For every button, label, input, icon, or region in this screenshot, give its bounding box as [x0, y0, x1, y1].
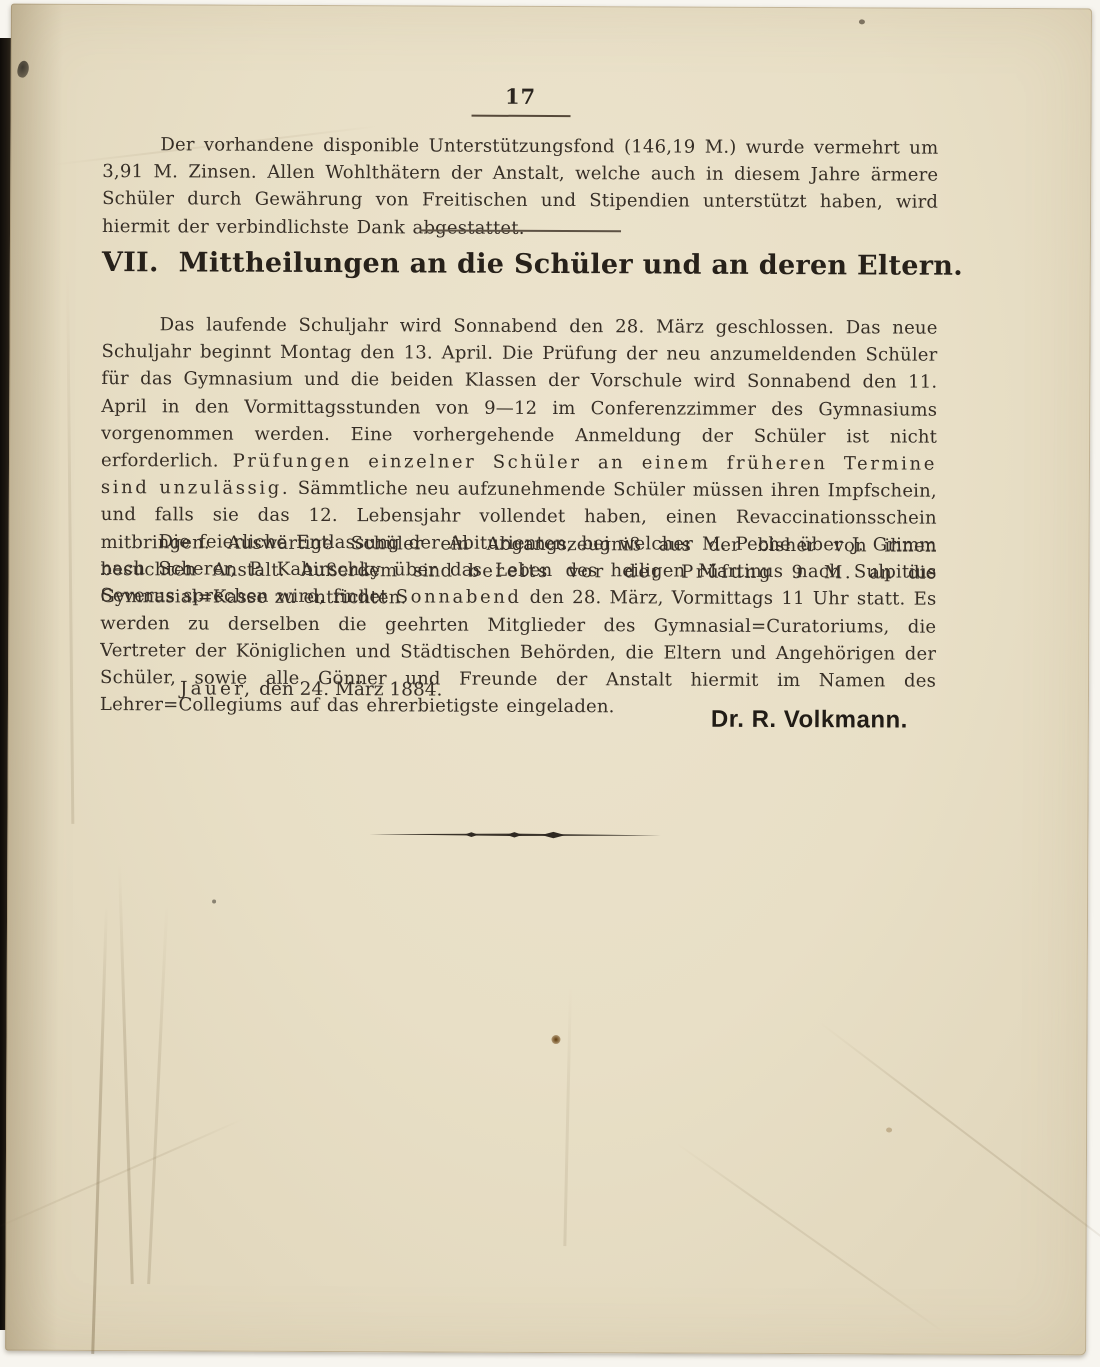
page-number-block: 17 [103, 82, 939, 111]
page-number-rule [472, 115, 571, 117]
section-heading: VII.Mittheilungen an die Schüler und an … [102, 247, 938, 282]
paper-crease [66, 264, 74, 824]
signature: Dr. R. Volkmann. [711, 706, 908, 735]
text-column: 17 Der vorhandene disponible Unterstützu… [97, 4, 939, 1355]
ornament-diamond [541, 832, 565, 839]
graduation-emphasis: Sonnabend [396, 587, 522, 609]
binding-shadow [5, 4, 63, 1351]
divider-ornament [369, 825, 661, 844]
page-number: 17 [505, 84, 536, 109]
admission-text: Das laufende Schuljahr wird Sonnabend de… [101, 314, 938, 471]
dateline-date: den 24. März 1884. [253, 679, 442, 701]
intro-text: Der vorhandene disponible Unterstützungs… [102, 134, 938, 238]
section-title: Mittheilungen an die Schüler und an dere… [179, 247, 963, 281]
paper-sheet: 17 Der vorhandene disponible Unterstützu… [5, 4, 1092, 1356]
ornament-diamond [464, 832, 478, 837]
ornament-diamond [506, 832, 522, 837]
section-number: VII. [102, 247, 159, 278]
dateline-place: Jauer, [180, 678, 253, 699]
dateline: Jauer, den 24. März 1884. [180, 678, 442, 700]
intro-paragraph: Der vorhandene disponible Unterstützungs… [102, 131, 938, 243]
scanned-document: 17 Der vorhandene disponible Unterstützu… [0, 0, 1100, 1367]
